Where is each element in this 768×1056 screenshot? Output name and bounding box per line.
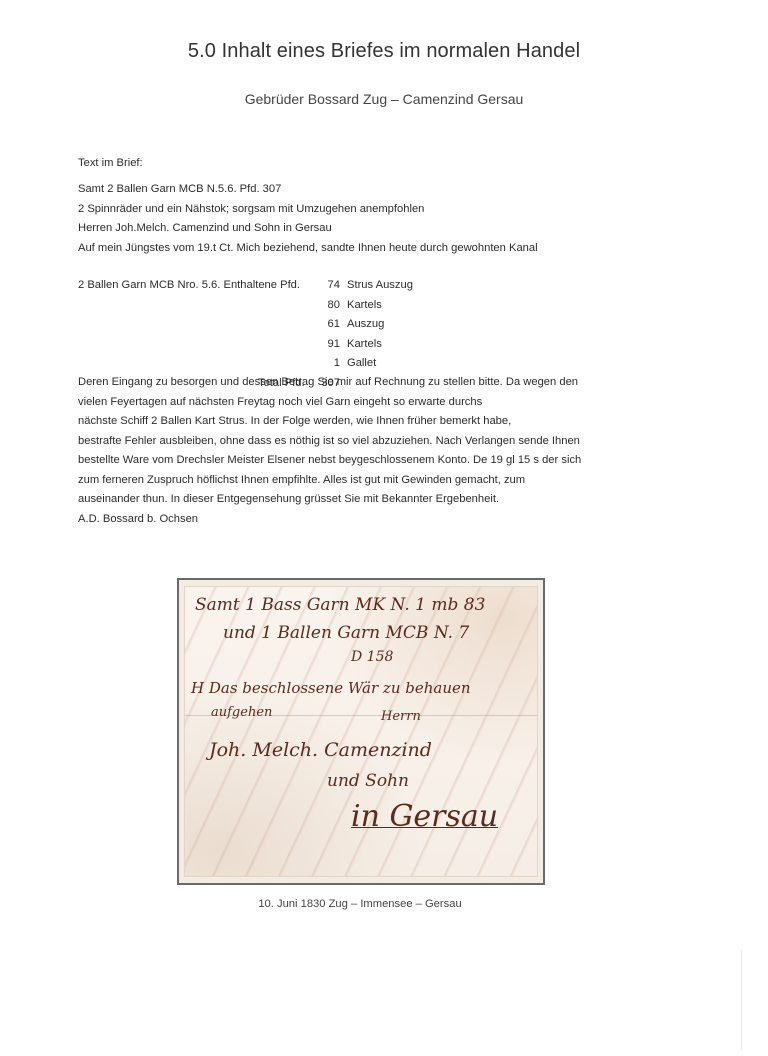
signature-line: A.D. Bossard b. Ochsen (78, 510, 581, 530)
goods-quantity: 80 (328, 296, 340, 316)
letter-paper: Samt 1 Bass Garn MK N. 1 mb 83 und 1 Bal… (184, 586, 538, 877)
handwriting-line: Samt 1 Bass Garn MK N. 1 mb 83 (195, 595, 485, 615)
goods-quantity: 91 (328, 335, 340, 355)
text-line: bestellte Ware vom Drechsler Meister Els… (78, 451, 581, 471)
text-line: vielen Feyertagen auf nächsten Freytag n… (78, 393, 581, 413)
text-line: Herren Joh.Melch. Camenzind und Sohn in … (78, 219, 538, 239)
page-title: 5.0 Inhalt eines Briefes im normalen Han… (0, 40, 768, 63)
intro-label: Text im Brief: (78, 154, 143, 174)
goods-label: Kartels (347, 296, 382, 316)
letter-caption: 10. Juni 1830 Zug – Immensee – Gersau (0, 898, 720, 910)
text-line: auseinander thun. In dieser Entgegensehu… (78, 490, 581, 510)
letter-photo: Samt 1 Bass Garn MK N. 1 mb 83 und 1 Bal… (177, 578, 545, 885)
letter-text-paragraph-2: Deren Eingang zu besorgen und dessen Bet… (78, 373, 581, 529)
handwriting-line: aufgehen (211, 705, 272, 720)
goods-label: Gallet (347, 354, 376, 374)
scan-edge-line (741, 950, 742, 1050)
text-line: zum ferneren Zuspruch höflichst Ihnen em… (78, 471, 581, 491)
text-line: Samt 2 Ballen Garn MCB N.5.6. Pfd. 307 (78, 180, 538, 200)
goods-intro-text: 2 Ballen Garn MCB Nro. 5.6. Enthaltene P… (78, 276, 300, 296)
goods-row: 1 Gallet (0, 354, 768, 374)
goods-quantity: 74 (328, 276, 340, 296)
letter-text-paragraph-1: Samt 2 Ballen Garn MCB N.5.6. Pfd. 307 2… (78, 180, 538, 258)
goods-label: Strus Auszug (347, 276, 413, 296)
handwriting-line: und 1 Ballen Garn MCB N. 7 (223, 623, 469, 643)
text-line: nächste Schiff 2 Ballen Kart Strus. In d… (78, 412, 581, 432)
text-line: Auf mein Jüngstes vom 19.t Ct. Mich bezi… (78, 239, 538, 259)
handwriting-line: D 158 (351, 649, 393, 665)
goods-row: 61 Auszug (0, 315, 768, 335)
page-subtitle: Gebrüder Bossard Zug – Camenzind Gersau (0, 91, 768, 107)
handwriting-line: H Das beschlossene Wär zu behauen (191, 679, 471, 697)
handwriting-line: und Sohn (327, 771, 409, 791)
text-line: bestrafte Fehler ausbleiben, ohne dass e… (78, 432, 581, 452)
goods-label: Auszug (347, 315, 384, 335)
handwriting-line: Joh. Melch. Camenzind (209, 739, 432, 761)
text-line: Deren Eingang zu besorgen und dessen Bet… (78, 373, 581, 393)
text-line: 2 Spinnräder und ein Nähstok; sorgsam mi… (78, 200, 538, 220)
goods-label: Kartels (347, 335, 382, 355)
handwriting-line: Herrn (381, 709, 421, 724)
goods-row: 2 Ballen Garn MCB Nro. 5.6. Enthaltene P… (0, 276, 768, 296)
handwriting-line: in Gersau (351, 799, 498, 834)
goods-quantity: 61 (328, 315, 340, 335)
goods-quantity: 1 (334, 354, 340, 374)
goods-row: 80 Kartels (0, 296, 768, 316)
goods-row: 91 Kartels (0, 335, 768, 355)
